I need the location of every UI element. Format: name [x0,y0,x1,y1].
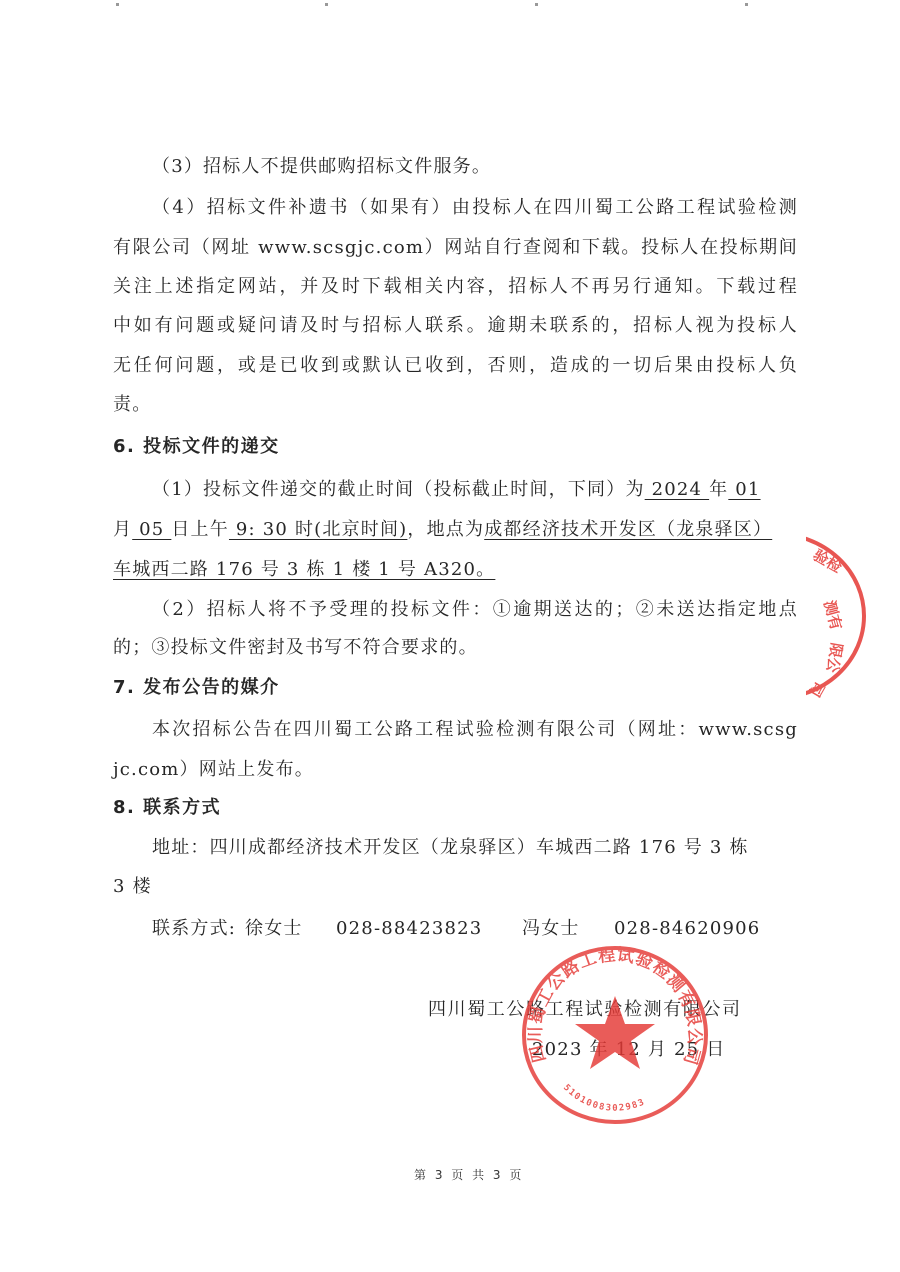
section-6-item-2-line-1: （2）招标人将不予受理的投标文件：①逾期送达的；②未送达指定地点 [152,598,798,622]
item-3-text: （3）招标人不提供邮购招标文件服务。 [152,155,491,179]
deadline-year: 2024 [645,479,709,500]
location-line-1: 成都经济技术开发区（龙泉驿区） [484,519,772,540]
seam-stamp: 验检 测有 限公 司 [806,530,900,702]
contact-label: 联系方式: [152,917,236,941]
section-7-heading: 7. 发布公告的媒介 [113,676,280,700]
item-4-line-5: 无任何问题，或是已收到或默认已收到，否则，造成的一切后果由投标人负 [113,354,798,378]
page-number-footer: 第 3 页 共 3 页 [414,1166,524,1183]
scan-mark [535,3,538,6]
section-6-item-1-line-2: 月 05 日上午 9: 30 时(北京时间)，地点为成都经济技术开发区（龙泉驿区… [113,518,772,542]
signature-date: 2023 年 12 月 25 日 [532,1038,725,1062]
svg-text:测有: 测有 [820,598,845,632]
section-6-item-1-line-3: 车城西二路 176 号 3 栋 1 楼 1 号 A320。 [113,558,495,582]
scan-mark [325,3,328,6]
deadline-prefix: （1）投标文件递交的截止时间（投标截止时间，下同）为 [152,479,645,500]
section-6-item-2-line-2: 的；③投标文件密封及书写不符合要求的。 [113,636,478,660]
item-4-line-6: 责。 [113,393,151,417]
item-4-line-4: 中如有问题或疑问请及时与招标人联系。逾期未联系的，招标人视为投标人 [113,314,798,338]
svg-text:限公: 限公 [823,641,846,675]
location-prefix: ，地点为 [407,519,484,540]
day-unit: 日上午 [171,519,229,540]
item-4-line-2: 有限公司（网址 www.scsgjc.com）网站自行查阅和下载。投标人在投标期… [113,236,798,260]
section-7-line-2: jc.com）网站上发布。 [113,758,314,782]
section-8-heading: 8. 联系方式 [113,796,221,820]
year-unit: 年 [709,479,728,500]
address-line-1: 地址：四川成都经济技术开发区（龙泉驿区）车城西二路 176 号 3 栋 [152,836,749,860]
item-4-line-1: （4）招标文件补遗书（如果有）由投标人在四川蜀工公路工程试验检测 [152,196,798,220]
section-6-heading: 6. 投标文件的递交 [113,435,280,459]
signature-company: 四川蜀工公路工程试验检测有限公司 [428,998,742,1022]
item-4-line-3: 关注上述指定网站，并及时下载相关内容，招标人不再另行通知。下载过程 [113,275,798,299]
section-6-item-1-line-1: （1）投标文件递交的截止时间（投标截止时间，下同）为 2024 年 01 [152,478,761,502]
svg-text:司: 司 [806,678,828,700]
deadline-month: 01 [728,479,760,500]
address-line-2: 3 楼 [113,875,152,899]
contact-2-name: 冯女士 [522,917,580,941]
scan-mark [116,3,119,6]
document-page: （3）招标人不提供邮购招标文件服务。 （4）招标文件补遗书（如果有）由投标人在四… [0,0,900,1272]
contact-2-phone: 028-84620906 [614,917,760,941]
contact-1-name: 徐女士 [245,917,303,941]
deadline-day: 05 [132,519,171,540]
scan-mark [745,3,748,6]
svg-text:5101008302983: 5101008302983 [561,1083,647,1114]
location-line-2: 车城西二路 176 号 3 栋 1 楼 1 号 A320。 [113,559,495,580]
svg-text:验检: 验检 [810,546,846,577]
contact-1-phone: 028-88423823 [336,917,482,941]
month-unit: 月 [113,519,132,540]
section-7-line-1: 本次招标公告在四川蜀工公路工程试验检测有限公司（网址：www.scsg [152,718,798,742]
deadline-time: 9: 30 时(北京时间) [229,519,407,540]
company-seal-stamp: 四川蜀工公路工程试验检测有限公司 5101008302983 [520,944,710,1126]
